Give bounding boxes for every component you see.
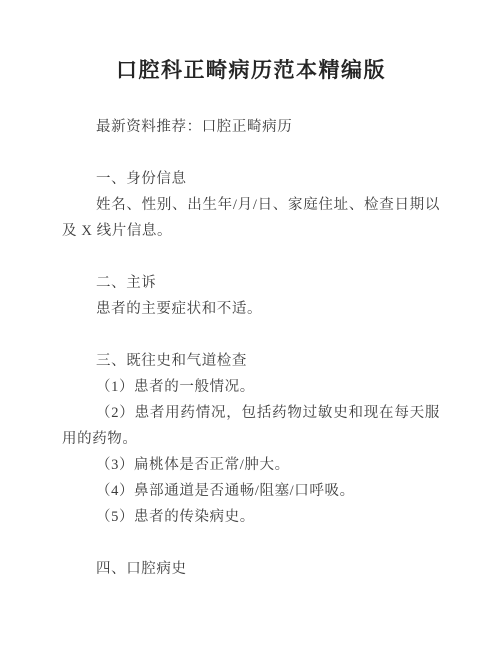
paragraph: （3）扁桃体是否正常/肿大。 xyxy=(62,452,440,478)
paragraph: （4）鼻部通道是否通畅/阻塞/口呼吸。 xyxy=(62,478,440,504)
paragraph: （5）患者的传染病史。 xyxy=(62,504,440,530)
section-heading: 三、既往史和气道检查 xyxy=(62,348,440,374)
document-subtitle: 最新资料推荐：口腔正畸病历 xyxy=(62,114,440,140)
paragraph: （1）患者的一般情况。 xyxy=(62,374,440,400)
document-page: 口腔科正畸病历范本精编版 最新资料推荐：口腔正畸病历 一、身份信息 姓名、性别、… xyxy=(0,0,500,647)
paragraph: 姓名、性别、出生年/月/日、家庭住址、检查日期以及 X 线片信息。 xyxy=(62,192,440,244)
paragraph: （2）患者用药情况，包括药物过敏史和现在每天服用的药物。 xyxy=(62,400,440,452)
section-heading: 四、口腔病史 xyxy=(62,556,440,582)
section-chief-complaint: 二、主诉 患者的主要症状和不适。 xyxy=(62,270,440,322)
section-heading: 二、主诉 xyxy=(62,270,440,296)
document-title: 口腔科正畸病历范本精编版 xyxy=(62,52,440,88)
section-medical-history: 三、既往史和气道检查 （1）患者的一般情况。 （2）患者用药情况，包括药物过敏史… xyxy=(62,348,440,530)
section-oral-history: 四、口腔病史 xyxy=(62,556,440,582)
paragraph: 患者的主要症状和不适。 xyxy=(62,296,440,322)
section-heading: 一、身份信息 xyxy=(62,166,440,192)
section-identity-info: 一、身份信息 姓名、性别、出生年/月/日、家庭住址、检查日期以及 X 线片信息。 xyxy=(62,166,440,244)
